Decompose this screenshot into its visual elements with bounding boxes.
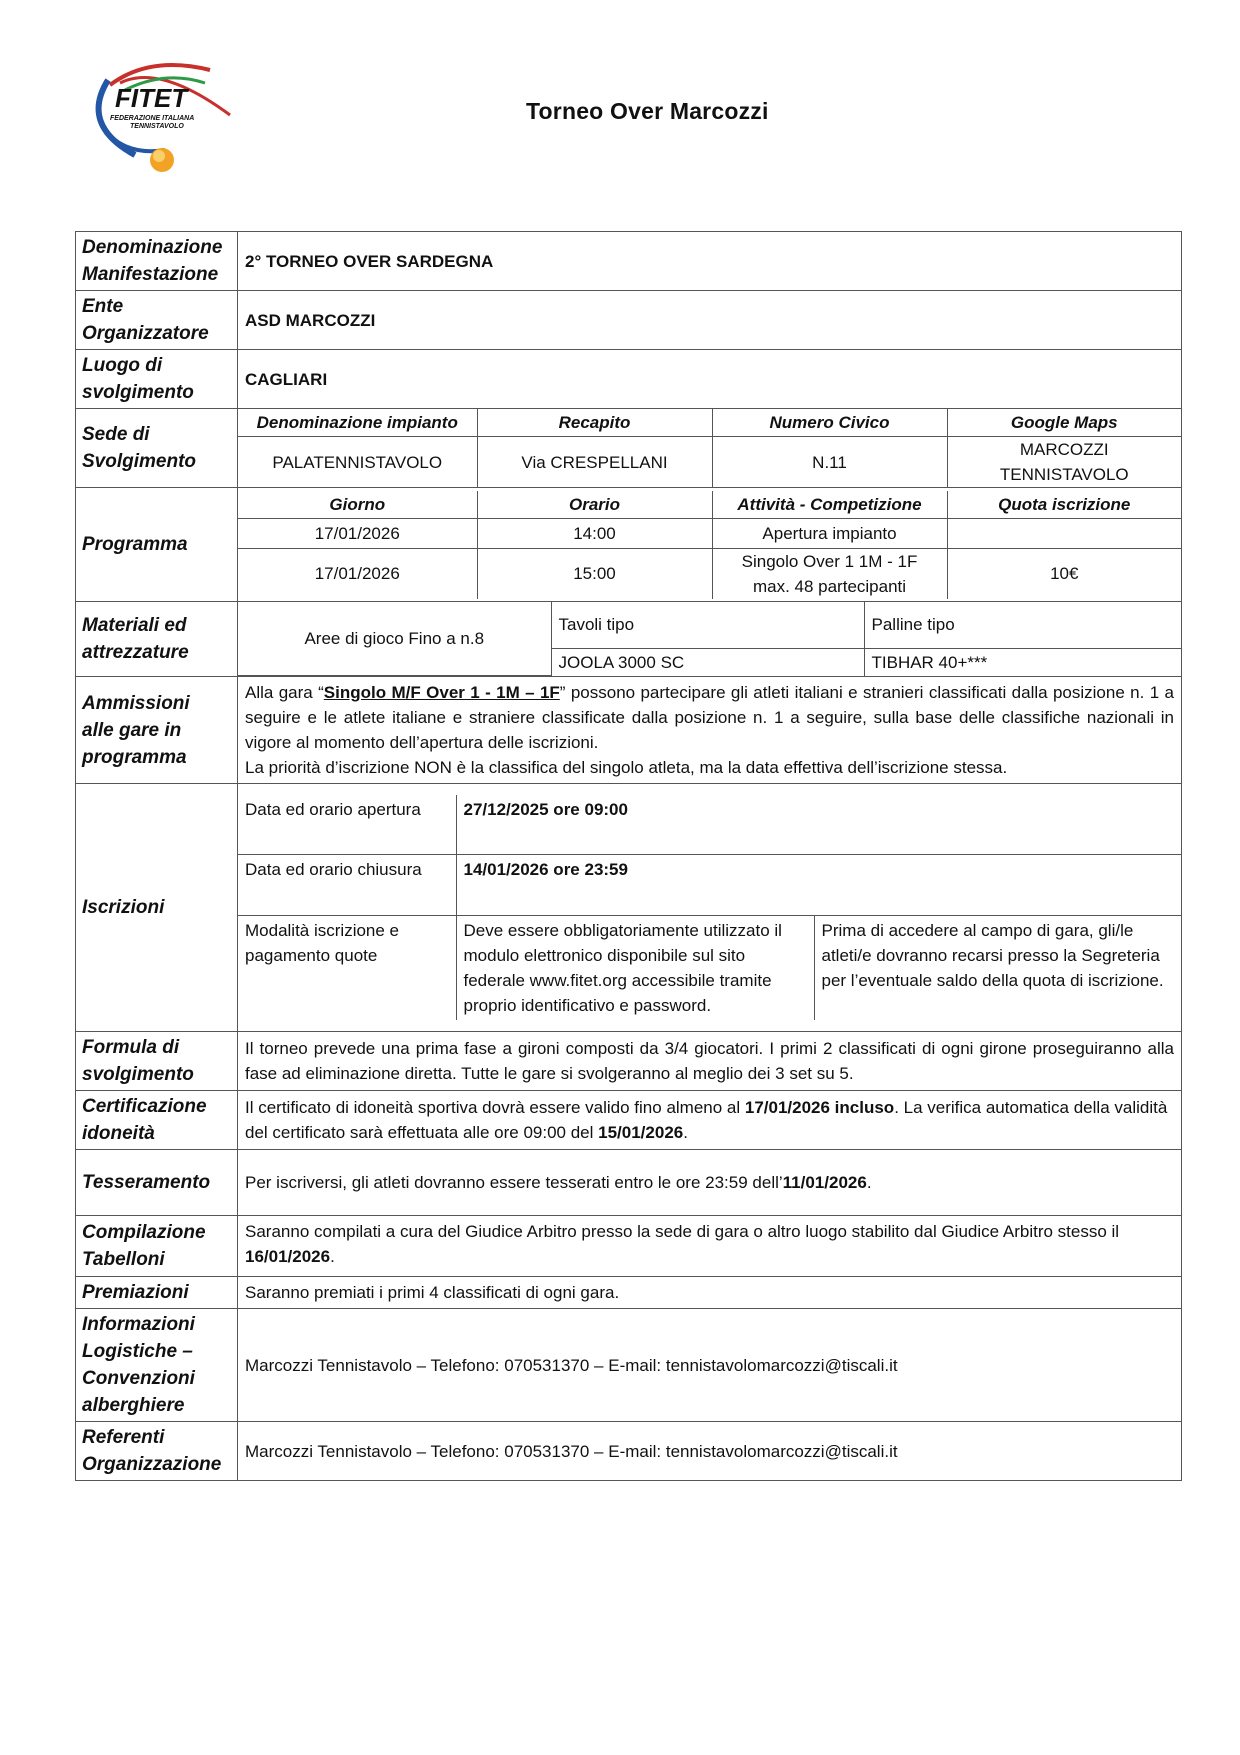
label-luogo: Luogo disvolgimento (76, 350, 238, 409)
header-google-maps: Google Maps (947, 409, 1181, 437)
value-referenti: Marcozzi Tennistavolo – Telefono: 070531… (238, 1422, 1182, 1481)
programma-row: 17/01/2026 15:00 Singolo Over 1 1M - 1F … (238, 548, 1181, 599)
value-aree-gioco: Aree di gioco Fino a n.8 (238, 602, 551, 676)
value-recapito: Via CRESPELLANI (477, 437, 712, 488)
value-formula: Il torneo prevede una prima fase a giron… (238, 1032, 1182, 1091)
value-modalita-online: Deve essere obbligatoriamente utilizzato… (456, 916, 814, 1021)
fitet-logo-icon: FITET FEDERAZIONE ITALIANA TENNISTAVOLO (80, 55, 260, 175)
svg-text:TENNISTAVOLO: TENNISTAVOLO (130, 123, 184, 130)
label-premiazioni: Premiazioni (76, 1277, 238, 1309)
row-ente: EnteOrganizzatore ASD MARCOZZI (76, 291, 1182, 350)
label-compilazione: CompilazioneTabelloni (76, 1216, 238, 1277)
label-informazioni: InformazioniLogistiche –Convenzionialber… (76, 1309, 238, 1422)
label-certificazione: Certificazioneidoneità (76, 1091, 238, 1150)
value-modalita-segreteria: Prima di accedere al campo di gara, gli/… (814, 916, 1181, 1021)
label-tavoli: Tavoli tipo (551, 602, 864, 648)
header-giorno: Giorno (238, 491, 477, 519)
value-luogo: CAGLIARI (238, 350, 1182, 409)
row-iscrizioni: Iscrizioni Data ed orario apertura 27/12… (76, 784, 1182, 1032)
value-ammissioni: Alla gara “Singolo M/F Over 1 - 1M – 1F”… (238, 677, 1182, 784)
value-palline: TIBHAR 40+*** (864, 648, 1181, 676)
label-programma: Programma (76, 488, 238, 602)
tournament-info-table: DenominazioneManifestazione 2° TORNEO OV… (75, 231, 1182, 1481)
row-tesseramento: Tesseramento Per iscriversi, gli atleti … (76, 1150, 1182, 1216)
header-orario: Orario (477, 491, 712, 519)
svg-text:FITET: FITET (115, 83, 189, 113)
row-premiazioni: Premiazioni Saranno premiati i primi 4 c… (76, 1277, 1182, 1309)
label-ammissioni: Ammissionialle gare inprogramma (76, 677, 238, 784)
row-compilazione: CompilazioneTabelloni Saranno compilati … (76, 1216, 1182, 1277)
label-formula: Formula disvolgimento (76, 1032, 238, 1091)
value-chiusura: 14/01/2026 ore 23:59 (456, 855, 1181, 916)
value-tavoli: JOOLA 3000 SC (551, 648, 864, 676)
header-denominazione-impianto: Denominazione impianto (238, 409, 477, 437)
value-apertura: 27/12/2025 ore 09:00 (456, 795, 1181, 855)
label-sede: Sede diSvolgimento (76, 409, 238, 488)
row-luogo: Luogo disvolgimento CAGLIARI (76, 350, 1182, 409)
value-informazioni: Marcozzi Tennistavolo – Telefono: 070531… (238, 1309, 1182, 1422)
row-certificazione: Certificazioneidoneità Il certificato di… (76, 1091, 1182, 1150)
header-numero-civico: Numero Civico (712, 409, 947, 437)
value-ente: ASD MARCOZZI (238, 291, 1182, 350)
value-google-maps[interactable]: MARCOZZI TENNISTAVOLO (947, 437, 1181, 488)
label-modalita: Modalità iscrizione e pagamento quote (238, 916, 456, 1021)
row-sede: Sede diSvolgimento Denominazione impiant… (76, 409, 1182, 488)
programma-row: 17/01/2026 14:00 Apertura impianto (238, 518, 1181, 548)
label-ente: EnteOrganizzatore (76, 291, 238, 350)
label-referenti: ReferentiOrganizzazione (76, 1422, 238, 1481)
document-title: Torneo Over Marcozzi (526, 98, 769, 125)
row-programma: Programma Giorno Orario Attività - Compe… (76, 488, 1182, 602)
label-iscrizioni: Iscrizioni (76, 784, 238, 1032)
label-chiusura: Data ed orario chiusura (238, 855, 456, 916)
row-informazioni: InformazioniLogistiche –Convenzionialber… (76, 1309, 1182, 1422)
label-apertura: Data ed orario apertura (238, 795, 456, 855)
header-attivita: Attività - Competizione (712, 491, 947, 519)
label-materiali: Materiali edattrezzature (76, 602, 238, 677)
row-referenti: ReferentiOrganizzazione Marcozzi Tennist… (76, 1422, 1182, 1481)
label-denominazione: DenominazioneManifestazione (76, 232, 238, 291)
value-compilazione: Saranno compilati a cura del Giudice Arb… (238, 1216, 1182, 1277)
value-tesseramento: Per iscriversi, gli atleti dovranno esse… (238, 1150, 1182, 1216)
row-materiali: Materiali edattrezzature Aree di gioco F… (76, 602, 1182, 677)
value-denominazione: 2° TORNEO OVER SARDEGNA (238, 232, 1182, 291)
value-numero-civico: N.11 (712, 437, 947, 488)
header-quota: Quota iscrizione (947, 491, 1181, 519)
row-formula: Formula disvolgimento Il torneo prevede … (76, 1032, 1182, 1091)
label-tesseramento: Tesseramento (76, 1150, 238, 1216)
row-ammissioni: Ammissionialle gare inprogramma Alla gar… (76, 677, 1182, 784)
value-impianto: PALATENNISTAVOLO (238, 437, 477, 488)
value-certificazione: Il certificato di idoneità sportiva dovr… (238, 1091, 1182, 1150)
row-denominazione: DenominazioneManifestazione 2° TORNEO OV… (76, 232, 1182, 291)
header-recapito: Recapito (477, 409, 712, 437)
label-palline: Palline tipo (864, 602, 1181, 648)
svg-text:FEDERAZIONE ITALIANA: FEDERAZIONE ITALIANA (110, 115, 194, 122)
value-premiazioni: Saranno premiati i primi 4 classificati … (238, 1277, 1182, 1309)
